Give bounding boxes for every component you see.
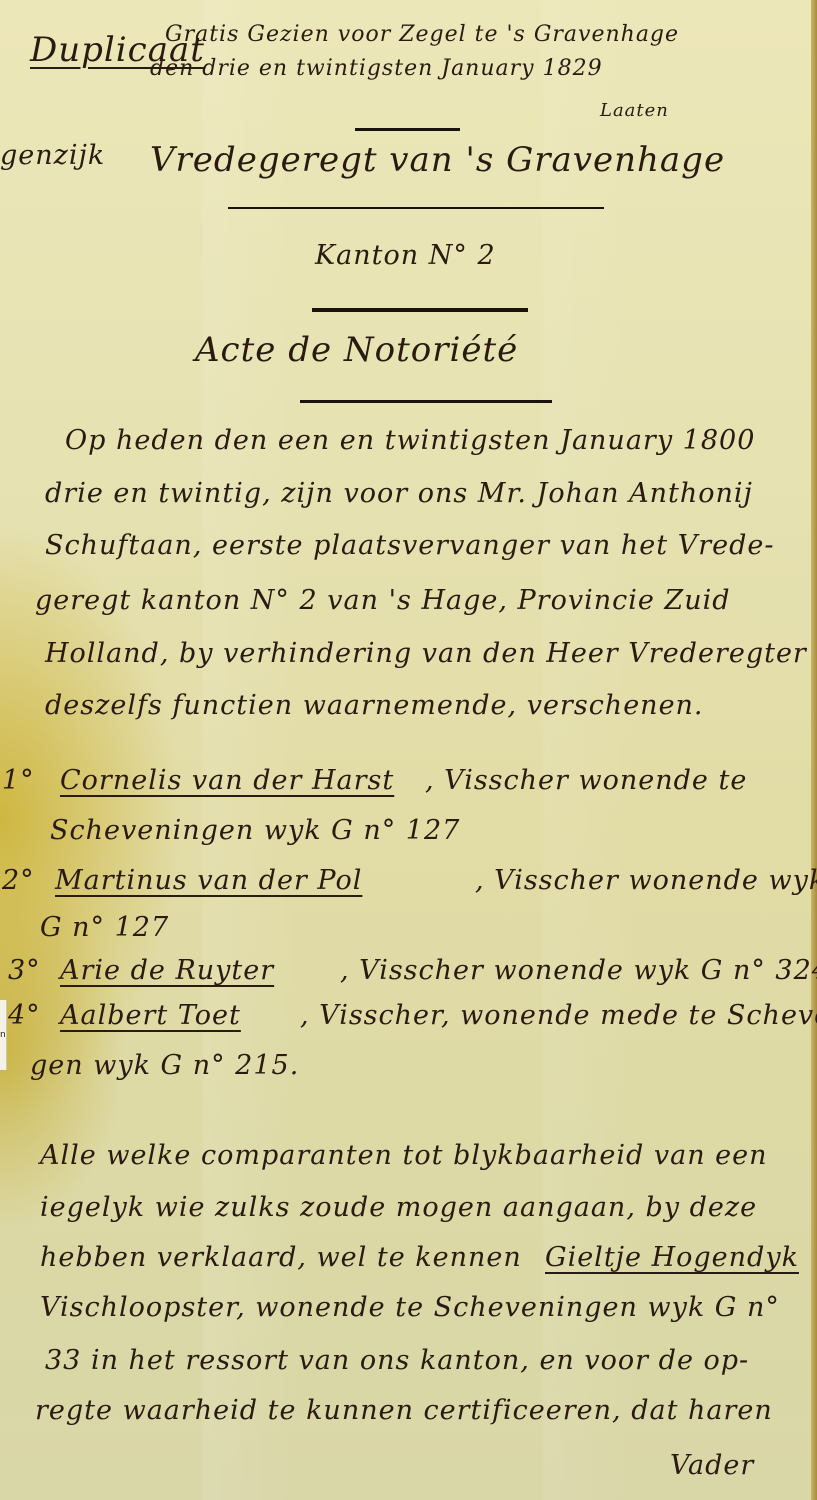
page-edge	[811, 0, 817, 1500]
divider	[312, 308, 528, 312]
intro-line: Holland, by verhindering van den Heer Vr…	[45, 638, 807, 669]
catchword: Vader	[670, 1450, 754, 1481]
intro-line: drie en twintig, zijn voor ons Mr. Johan…	[45, 478, 753, 509]
stamp-line-1: Gratis Gezien voor Zegel te 's Gravenhag…	[165, 22, 679, 47]
act-title: Acte de Notoriété	[195, 330, 518, 370]
witness-name: Martinus van der Pol	[55, 865, 362, 896]
declaration-line: regte waarheid te kunnen certificeeren, …	[35, 1395, 773, 1426]
witness-name: Aalbert Toet	[60, 1000, 241, 1031]
intro-line: Op heden den een en twintigsten January …	[65, 425, 755, 456]
intro-line: geregt kanton N° 2 van 's Hage, Provinci…	[35, 585, 731, 616]
signature: Laaten	[600, 100, 669, 121]
declaration-line: 33 in het ressort van ons kanton, en voo…	[45, 1345, 749, 1376]
witness-number: 1°	[2, 765, 35, 796]
witness-address: G n° 127	[40, 912, 169, 943]
named-person: Gieltje Hogendyk	[545, 1242, 799, 1273]
witness-number: 4°	[8, 1000, 41, 1031]
witness-number: 2°	[2, 865, 35, 896]
witness-detail: , Visscher wonende wyk G n° 324.	[340, 955, 817, 986]
witness-detail: , Visscher, wonende mede te Scheveni-	[300, 1000, 817, 1031]
witness-name: Cornelis van der Harst	[60, 765, 394, 796]
witness-detail: , Visscher wonende wyk	[475, 865, 817, 896]
declaration-line: hebben verklaard, wel te kennen	[40, 1242, 522, 1273]
margin-label-strip: n	[0, 1000, 7, 1070]
document-page	[0, 0, 817, 1500]
witness-address: gen wyk G n° 215.	[30, 1050, 299, 1081]
intro-line: Schuftaan, eerste plaatsvervanger van he…	[45, 530, 774, 561]
signature-flourish	[355, 128, 460, 131]
witness-number: 3°	[8, 955, 41, 986]
margin-fragment: genzijk	[0, 140, 105, 171]
stamp-line-2: den drie en twintigsten January 1829	[150, 56, 603, 81]
witness-detail: , Visscher wonende te	[425, 765, 747, 796]
declaration-line: iegelyk wie zulks zoude mogen aangaan, b…	[40, 1192, 757, 1223]
witness-name: Arie de Ruyter	[60, 955, 274, 986]
margin-label-text: n	[0, 1030, 6, 1040]
witness-address: Scheveningen wyk G n° 127	[50, 815, 460, 846]
divider	[228, 207, 604, 209]
divider	[300, 400, 552, 403]
declaration-line: Alle welke comparanten tot blykbaarheid …	[40, 1140, 768, 1171]
court-title: Vredegeregt van 's Gravenhage	[150, 140, 725, 180]
intro-line: deszelfs functien waarnemende, verschene…	[45, 690, 704, 721]
canton-title: Kanton N° 2	[315, 240, 496, 271]
declaration-line: Vischloopster, wonende te Scheveningen w…	[40, 1292, 780, 1323]
